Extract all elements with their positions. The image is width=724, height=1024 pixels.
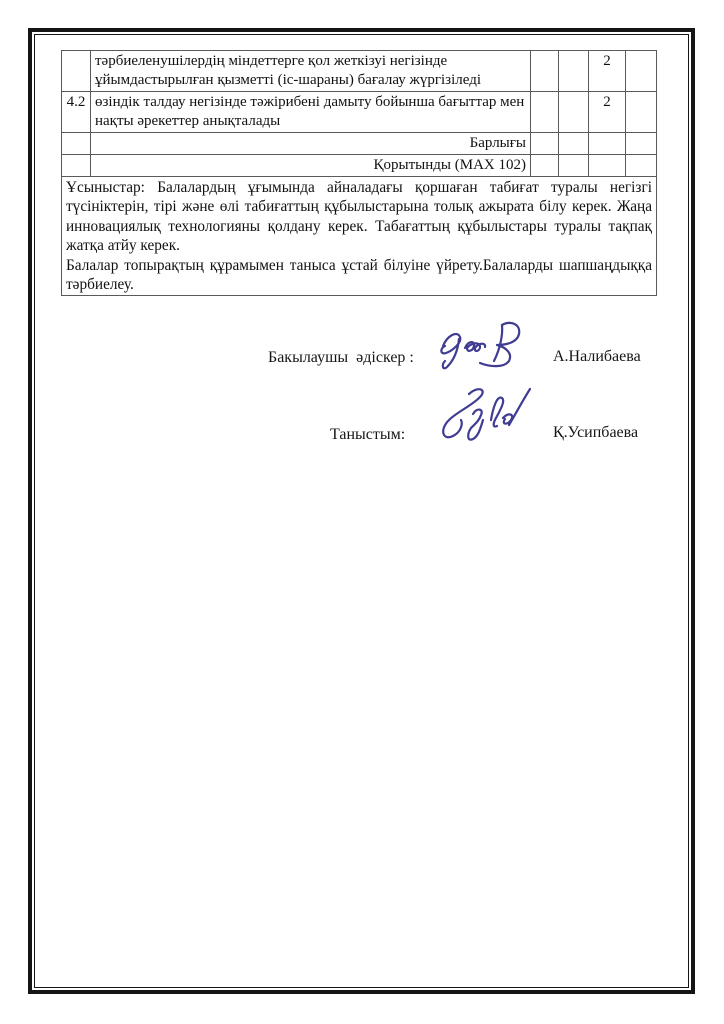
- signature-acknowledged: [427, 376, 531, 454]
- score-cell: [589, 133, 626, 155]
- score-cell: 2: [589, 51, 626, 92]
- row-number-cell: 4.2: [62, 92, 91, 133]
- score-cell: [559, 51, 589, 92]
- score-cell: [626, 155, 657, 177]
- score-cell: [626, 92, 657, 133]
- table-row-result: Қорытынды (МАХ 102): [62, 155, 657, 177]
- score-cell: [531, 92, 559, 133]
- table-row-total: Барлығы: [62, 133, 657, 155]
- total-label-cell: Барлығы: [91, 133, 531, 155]
- document-page: тәрбиеленушілердің міндеттерге қол жеткі…: [0, 0, 724, 1024]
- row-number-cell: [62, 51, 91, 92]
- row-number-cell: [62, 133, 91, 155]
- recommendations-cell: Ұсыныстар: Балалардың ұғымында айналадағ…: [62, 177, 657, 296]
- criterion-text-cell: өзіндік талдау негізінде тәжірибені дамы…: [91, 92, 531, 133]
- score-cell: [531, 133, 559, 155]
- controller-methodist-label: Бакылаушы әдіскер :: [268, 349, 414, 367]
- criterion-text-cell: тәрбиеленушілердің міндеттерге қол жеткі…: [91, 51, 531, 92]
- methodist-name: А.Налибаева: [553, 348, 641, 366]
- acknowledged-label: Таныстым:: [330, 426, 405, 444]
- recommendations-paragraph-2: Балалар топырақтың құрамымен таныса ұста…: [66, 256, 652, 295]
- score-cell: [626, 51, 657, 92]
- score-cell: [531, 155, 559, 177]
- signature-methodist: [430, 315, 528, 379]
- table-row: 4.2 өзіндік талдау негізінде тәжірибені …: [62, 92, 657, 133]
- row-number-cell: [62, 155, 91, 177]
- score-cell: [531, 51, 559, 92]
- evaluation-table: тәрбиеленушілердің міндеттерге қол жеткі…: [61, 50, 657, 296]
- score-cell: [559, 92, 589, 133]
- score-cell: 2: [589, 92, 626, 133]
- score-cell: [559, 133, 589, 155]
- recommendations-paragraph-1: Ұсыныстар: Балалардың ұғымында айналадағ…: [66, 178, 652, 256]
- table-row-recommendations: Ұсыныстар: Балалардың ұғымында айналадағ…: [62, 177, 657, 296]
- result-label-cell: Қорытынды (МАХ 102): [91, 155, 531, 177]
- acknowledged-name: Қ.Усипбаева: [553, 424, 638, 442]
- score-cell: [626, 133, 657, 155]
- score-cell: [559, 155, 589, 177]
- table-row: тәрбиеленушілердің міндеттерге қол жеткі…: [62, 51, 657, 92]
- score-cell: [589, 155, 626, 177]
